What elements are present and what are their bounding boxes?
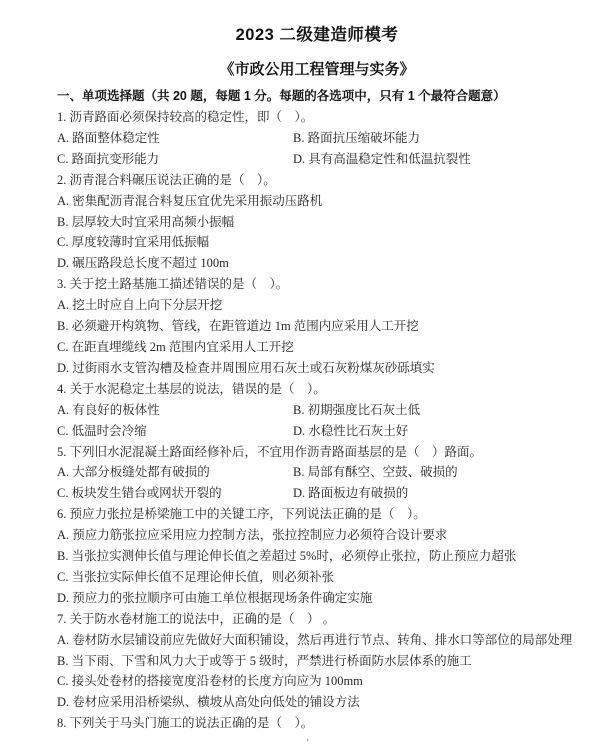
option-c: C. 当张拉实际伸长值不足理论伸长值，则必须补张 (57, 567, 577, 588)
option-c: C. 路面抗变形能力 (57, 149, 293, 170)
option-a: A. 预应力筋张拉应采用应力控制方法，张拉控制应力必须符合设计要求 (57, 525, 577, 546)
option-d: D. 卷材应采用沿桥梁纵、横坡从高处向低处的铺设方法 (57, 692, 577, 713)
option-c: C. 接头处卷材的搭接宽度沿卷材的长度方向应为 100mm (57, 671, 577, 692)
page-subtitle: 《市政公用工程管理与实务》 (57, 60, 577, 80)
option-b: B. 必须避开构筑物、管线，在距管道边 1m 范围内应采用人工开挖 (57, 316, 577, 337)
option-d: D. 预应力的张拉顺序可由施工单位根据现场条件确定实施 (57, 588, 577, 609)
question-list: 1. 沥青路面必须保持较高的稳定性，即（ ）。 A. 路面整体稳定性 B. 路面… (57, 107, 577, 734)
option-b: B. 局部有酥空、空鼓、破损的 (293, 462, 458, 483)
option-c: C. 板块发生错台或网状开裂的 (57, 483, 293, 504)
option-d: D. 碾压路段总长度不超过 100m (57, 253, 577, 274)
option-d: D. 具有高温稳定性和低温抗裂性 (293, 149, 471, 170)
page-title: 2023 二级建造师模考 (57, 24, 577, 46)
question-text: 7. 关于防水卷材施工的说法中，正确的是（ ） 。 (57, 609, 577, 630)
option-b: B. 路面抗压缩破坏能力 (293, 128, 420, 149)
option-d: D. 路面板边有破损的 (293, 483, 408, 504)
question-text: 2. 沥青混合料碾压说法正确的是（ ）。 (57, 170, 577, 191)
option-c: C. 厚度较薄时宜采用低振幅 (57, 232, 577, 253)
question-7: 7. 关于防水卷材施工的说法中，正确的是（ ） 。 A. 卷材防水层铺设前应先做… (57, 609, 577, 714)
option-a: A. 挖土时应自上向下分层开挖 (57, 295, 577, 316)
page-content: 2023 二级建造师模考 《市政公用工程管理与实务》 一、单项选择题（共 20 … (0, 0, 607, 734)
option-b: B. 当张拉实测伸长值与理论伸长值之差超过 5%时，必须停止张拉，防止预应力超张 (57, 546, 577, 567)
option-row: A. 有良好的板体性 B. 初期强度比石灰土低 (57, 400, 577, 421)
question-1: 1. 沥青路面必须保持较高的稳定性，即（ ）。 A. 路面整体稳定性 B. 路面… (57, 107, 577, 170)
question-text: 5. 下列旧水泥混凝土路面经修补后，不宜用作沥青路面基层的是（ ）路面。 (57, 442, 577, 463)
option-a: A. 密集配沥青混合料复压宜优先采用振动压路机 (57, 191, 577, 212)
option-c: C. 在距直埋缆线 2m 范围内宜采用人工开挖 (57, 337, 577, 358)
question-text: 6. 预应力张拉是桥梁施工中的关键工序，下列说法正确的是（ ）。 (57, 504, 577, 525)
option-a: A. 大部分板缝处都有破损的 (57, 462, 293, 483)
option-row: C. 板块发生错台或网状开裂的 D. 路面板边有破损的 (57, 483, 577, 504)
option-row: A. 路面整体稳定性 B. 路面抗压缩破坏能力 (57, 128, 577, 149)
option-a: A. 路面整体稳定性 (57, 128, 293, 149)
option-a: A. 卷材防水层铺设前应先做好大面积铺设，然后再进行节点、转角、排水口等部位的局… (57, 630, 577, 651)
option-b: B. 初期强度比石灰土低 (293, 400, 420, 421)
question-text: 8. 下列关于马头门施工的说法正确的是（ ）。 (57, 713, 577, 734)
option-d: D. 过街雨水支管沟槽及检查井周围应用石灰土或石灰粉煤灰砂砾填实 (57, 358, 577, 379)
question-2: 2. 沥青混合料碾压说法正确的是（ ）。 A. 密集配沥青混合料复压宜优先采用振… (57, 170, 577, 275)
option-c: C. 低温时会冷缩 (57, 421, 293, 442)
question-4: 4. 关于水泥稳定土基层的说法，错误的是（ ）。 A. 有良好的板体性 B. 初… (57, 379, 577, 442)
exam-page: 2023 二级建造师模考 《市政公用工程管理与实务》 一、单项选择题（共 20 … (0, 0, 607, 755)
question-3: 3. 关于挖土路基施工描述错误的是（ ）。 A. 挖土时应自上向下分层开挖 B.… (57, 274, 577, 379)
page-bottom-artifact: ' (307, 738, 309, 750)
question-text: 3. 关于挖土路基施工描述错误的是（ ）。 (57, 274, 577, 295)
option-b: B. 当下雨、下雪和风力大于或等于 5 级时，严禁进行桥面防水层体系的施工 (57, 651, 577, 672)
option-b: B. 层厚较大时宜采用高频小振幅 (57, 212, 577, 233)
option-row: C. 路面抗变形能力 D. 具有高温稳定性和低温抗裂性 (57, 149, 577, 170)
question-6: 6. 预应力张拉是桥梁施工中的关键工序，下列说法正确的是（ ）。 A. 预应力筋… (57, 504, 577, 609)
option-row: A. 大部分板缝处都有破损的 B. 局部有酥空、空鼓、破损的 (57, 462, 577, 483)
section-heading: 一、单项选择题（共 20 题，每题 1 分。每题的各选项中，只有 1 个最符合题… (57, 86, 577, 107)
question-text: 1. 沥青路面必须保持较高的稳定性，即（ ）。 (57, 107, 577, 128)
question-8: 8. 下列关于马头门施工的说法正确的是（ ）。 (57, 713, 577, 734)
option-d: D. 水稳性比石灰土好 (293, 421, 408, 442)
option-row: C. 低温时会冷缩 D. 水稳性比石灰土好 (57, 421, 577, 442)
question-text: 4. 关于水泥稳定土基层的说法，错误的是（ ）。 (57, 379, 577, 400)
question-5: 5. 下列旧水泥混凝土路面经修补后，不宜用作沥青路面基层的是（ ）路面。 A. … (57, 442, 577, 505)
option-a: A. 有良好的板体性 (57, 400, 293, 421)
